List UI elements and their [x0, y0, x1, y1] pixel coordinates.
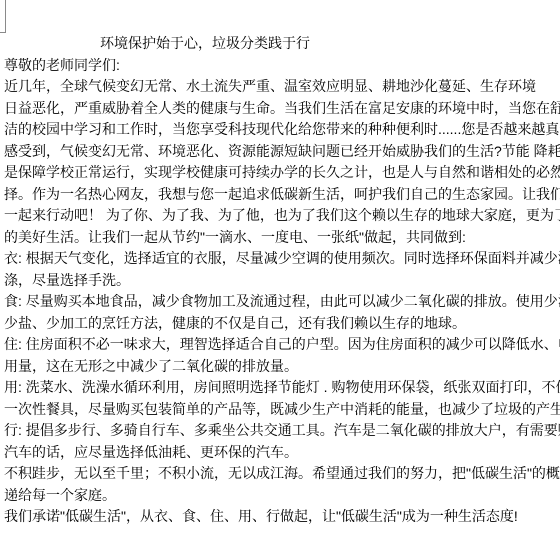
- body-line: 一次性餐具，尽量购买包装简单的产品等，既减少生产中消耗的能量，也减少了垃圾的产生…: [0, 399, 560, 421]
- body-line: 涤，尽量选择手洗。: [0, 270, 560, 292]
- document-body: 环境保护始于心，垃圾分类践于行 尊敬的老师同学们: 近几年，全球气候变幻无常、水…: [0, 33, 560, 528]
- body-line: 择。作为一名热心网友，我想与您一起追求低碳新生活，呵护我们自己的生态家园。让我们…: [0, 184, 560, 206]
- document-page: 环境保护始于心，垃圾分类践于行 尊敬的老师同学们: 近几年，全球气候变幻无常、水…: [0, 0, 560, 538]
- body-line: 一起来行动吧！ 为了你、为了我、为了他，也为了我们这个赖以生存的地球大家庭，更为…: [0, 205, 560, 227]
- body-line: 的美好生活。让我们一起从节约"一滴水、一度电、一张纸"做起，共同做到:: [0, 227, 560, 249]
- body-line: 是保障学校正常运行，实现学校健康可持续办学的长久之计，也是人与自然和谐相处的必然…: [0, 162, 560, 184]
- body-line: 洁的校园中学习和工作时，当您享受科技现代化给您带来的种种便利时......您是否…: [0, 119, 560, 141]
- body-line: 衣: 根据天气变化，选择适宜的衣服，尽量减少空调的使用频次。同时选择环保面料并减…: [0, 248, 560, 270]
- body-line: 我们承诺"低碳生活"，从衣、食、住、用、行做起，让"低碳生活"成为一种生活态度!: [0, 506, 560, 528]
- document-title: 环境保护始于心，垃圾分类践于行: [0, 33, 560, 55]
- body-line: 感受到，气候变幻无常、环境恶化、资源能源短缺问题已经开始威胁我们的生活?节能 降…: [0, 141, 560, 163]
- body-line: 食: 尽量购买本地食品，减少食物加工及流通过程，由此可以减少二氧化碳的排放。使用…: [0, 291, 560, 313]
- body-line: 用: 洗菜水、洗澡水循环利用，房间照明选择节能灯 . 购物使用环保袋，纸张双面打…: [0, 377, 560, 399]
- body-line: 住: 住房面积不必一味求大，理智选择适合自己的户型。因为住房面积的减少可以降低水…: [0, 334, 560, 356]
- body-line: 日益恶化，严重威胁着全人类的健康与生命。当我们生活在富足安康的环境中时，当您在舒…: [0, 98, 560, 120]
- salutation-line: 尊敬的老师同学们:: [0, 55, 560, 77]
- body-line: 少盐、少加工的烹饪方法，健康的不仅是自己，还有我们赖以生存的地球。: [0, 313, 560, 335]
- body-line: 汽车的话，应尽量选择低油耗、更环保的汽车。: [0, 442, 560, 464]
- body-line: 行: 提倡多步行、多骑自行车、多乘坐公共交通工具。汽车是二氧化碳的排放大户，有需…: [0, 420, 560, 442]
- text-boundary-corner-mark-vertical: [5, 0, 6, 32]
- body-line: 递给每一个家庭。: [0, 485, 560, 507]
- body-line: 用量，这在无形之中减少了二氧化碳的排放量。: [0, 356, 560, 378]
- body-line: 近几年，全球气候变幻无常、水土流失严重、温室效应明显、耕地沙化蔓延、生存环境: [0, 76, 560, 98]
- body-line: 不积跬步，无以至千里；不积小流，无以成江海。希望通过我们的努力，把"低碳生活"的…: [0, 463, 560, 485]
